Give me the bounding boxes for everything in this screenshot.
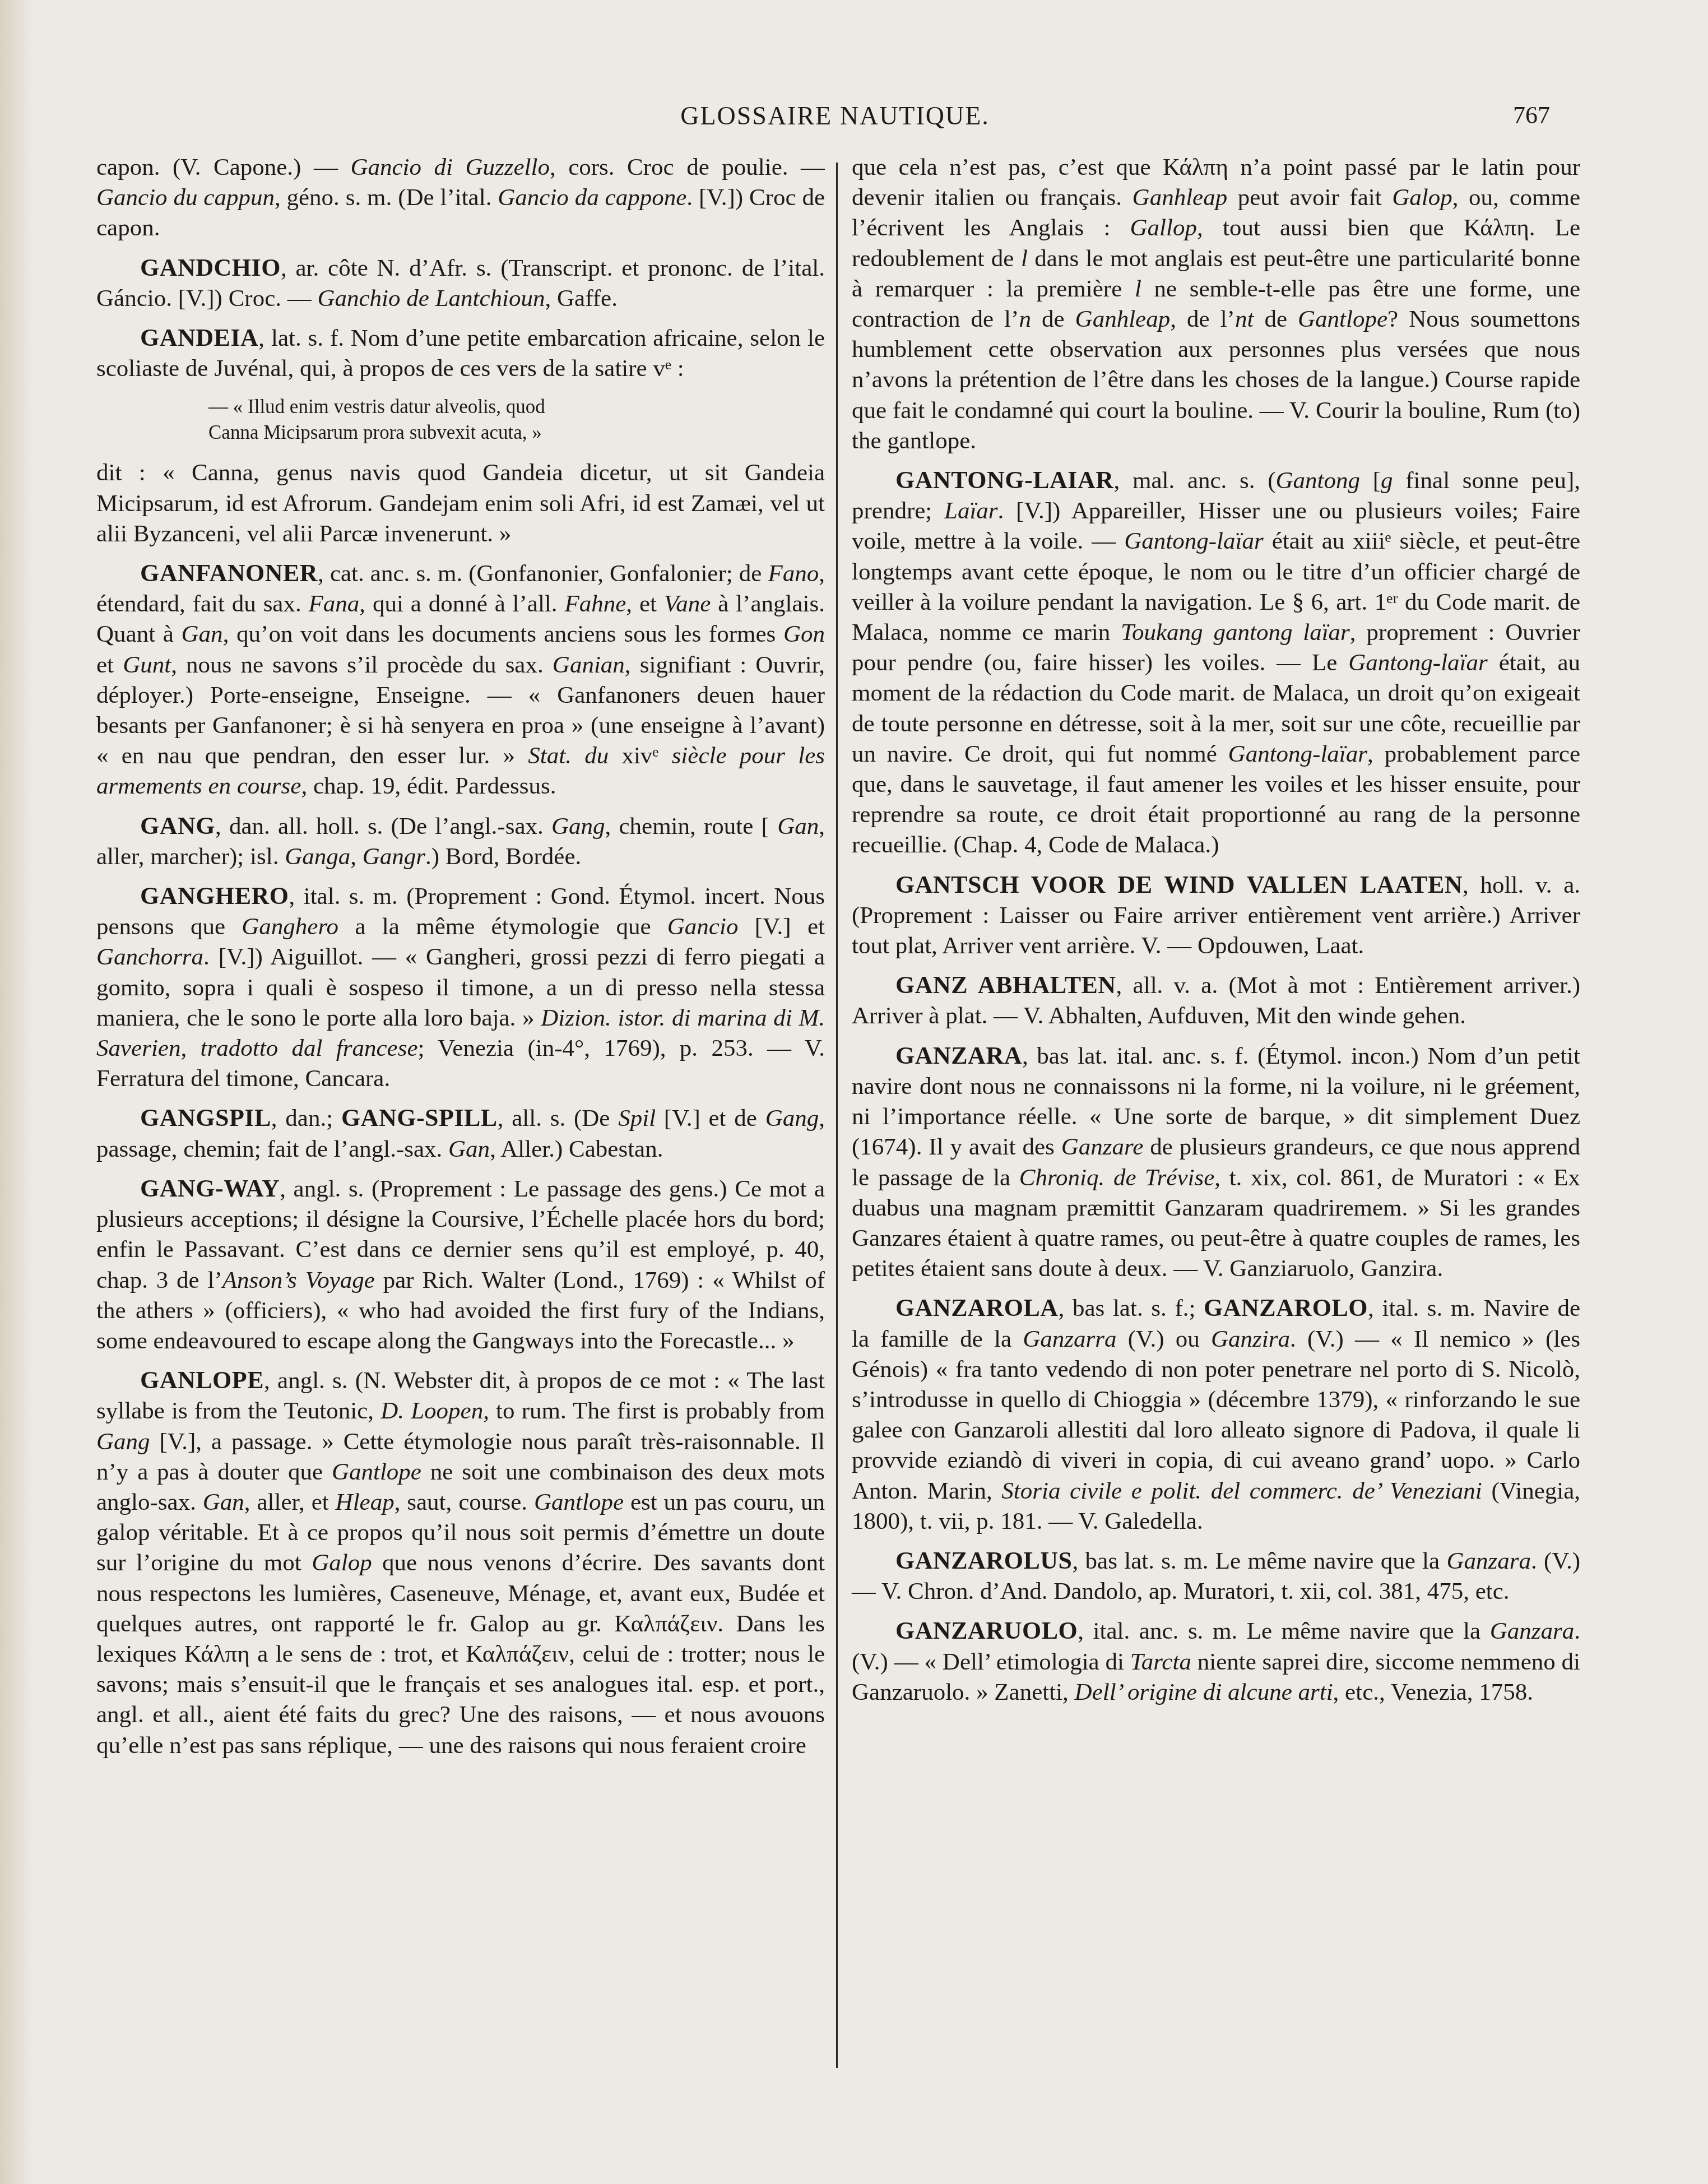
glossary-entry: GANFANONER, cat. anc. s. m. (Gonfanonier… [96,558,825,802]
italic-term: g [1381,467,1393,494]
italic-term: Galop [1392,184,1452,211]
entry-text: (V.) ou [1117,1326,1212,1352]
entry-text: .) Bord, Bordée. [425,843,581,870]
glossary-entry: GANDEIA, lat. s. f. Nom d’une petite emb… [96,323,825,384]
italic-term: Ganhleap [1133,184,1228,211]
glossary-entry: GANTSCH VOOR DE WIND VALLEN LAATEN, holl… [852,870,1580,962]
italic-term: Gon [783,621,825,647]
page-edge-shadow [0,0,34,2184]
italic-term: Fana [309,591,360,617]
italic-term: Gantong-laïar [1124,528,1263,554]
entry-headword: GANG-SPILL [341,1104,498,1132]
italic-term: Ganzare [1061,1134,1144,1160]
entry-text: , all. s. (De [498,1105,618,1132]
glossary-entry: GANZAROLUS, bas lat. s. m. Le même navir… [852,1546,1580,1607]
verse-line: — « Illud enim vestris datur alveolis, q… [208,394,825,420]
italic-term: Gang [96,1429,150,1455]
entry-continuation: que cela n’est pas, c’est que Κάλπη n’a … [852,152,1580,456]
entry-text: , bas lat. s. f.; [1059,1295,1204,1321]
entry-text: dit : « Canna, genus navis quod Gandeia … [96,460,825,546]
italic-term: Gancio du cappun [96,184,275,211]
entry-text: [V.] et [738,914,825,940]
page-number: 767 [1513,101,1550,129]
italic-term: D. Loopen [380,1398,483,1424]
entry-headword: GANZAROLO [1204,1294,1368,1321]
italic-term: Ganzara [1446,1548,1531,1574]
entry-text: , et [626,591,664,617]
entry-text: et [96,652,123,678]
italic-term: l [1021,245,1028,272]
glossary-entry: GANTONG-LAIAR, mal. anc. s. (Gantong [g … [852,465,1580,861]
entry-text: , chap. 19, édit. Pardessus. [301,773,556,799]
entry-text: , nous ne savons s’il procède du sax. [171,652,553,678]
italic-term: Laïar [944,498,998,524]
italic-term: Hleap [336,1489,394,1515]
italic-term: Gancio da cappone [498,184,686,211]
entry-text: , qui a donné à l’all. [359,591,564,617]
italic-term: Gan [182,621,223,647]
italic-term: Gantong-laïar [1348,650,1487,676]
italic-term: Gan [448,1136,490,1162]
verse-line: Canna Micipsarum prora subvexit acuta, » [208,420,825,446]
right-column: que cela n’est pas, c’est que Κάλπη n’a … [852,152,1580,1717]
italic-term: Ganchio de Lantchioun [317,285,545,312]
italic-term: Gantlope [332,1459,421,1485]
italic-term: Gantong [1276,467,1361,494]
glossary-entry: GANZARUOLO, ital. anc. s. m. Le même nav… [852,1616,1580,1708]
entry-text: , Aller.) Cabestan. [490,1136,663,1162]
italic-term: Ganghero [242,914,338,940]
entry-text: , dan. all. holl. s. (De l’angl.-sax. [215,813,551,840]
glossary-entry: GANZAROLA, bas lat. s. f.; GANZAROLO, it… [852,1293,1580,1537]
italic-term: n [1019,306,1031,332]
entry-continuation: capon. (V. Capone.) — Gancio di Guzzello… [96,152,825,244]
entry-text: , géno. s. m. (De l’ital. [275,184,498,211]
entry-headword: GANDEIA [140,324,258,351]
entry-headword: GANGHERO [140,882,289,910]
entry-text: , aller, et [244,1489,336,1515]
entry-text: , ital. anc. s. m. Le même navire que la [1078,1618,1489,1644]
entry-headword: GANZAROLA [895,1294,1059,1321]
entry-text: de [1254,306,1298,332]
italic-term: Ganhleap [1075,306,1171,332]
entry-text: xivᵉ [609,743,671,769]
italic-term: Gan [777,813,819,840]
column-rule [836,163,838,2068]
entry-headword: GANZ ABHALTEN [895,971,1116,999]
italic-term: Galop [312,1550,372,1576]
entry-text: [ [1360,467,1381,494]
entry-text: , chemin, route [ [605,813,778,840]
entry-text: capon. (V. Capone.) — [96,154,350,180]
entry-text: , qu’on voit dans les documents anciens … [223,621,783,647]
italic-term: Chroniq. de Trévise [1019,1165,1215,1191]
glossary-entry: GANZARA, bas lat. ital. anc. s. f. (Étym… [852,1041,1580,1285]
italic-term: Storia civile e polit. del commerc. de’ … [1001,1478,1482,1504]
italic-term: Gallop [1130,215,1197,241]
italic-term: Gancio di Guzzello [350,154,550,180]
entry-headword: GANZARA [895,1042,1022,1069]
italic-term: Ganga [285,843,350,870]
entry-headword: GANZARUOLO [895,1617,1078,1644]
italic-term: Gan [203,1489,244,1515]
italic-term: Gantong-laïar [1228,741,1367,767]
italic-term: Ganzarra [1023,1326,1116,1352]
entry-headword: GANZAROLUS [895,1547,1073,1574]
italic-term: Toukang gantong laïar [1121,619,1350,646]
verse-quote: — « Illud enim vestris datur alveolis, q… [208,394,825,446]
italic-term: nt [1235,306,1254,332]
italic-term: Fahne [564,591,626,617]
entry-headword: GANTONG-LAIAR [895,466,1114,494]
italic-term: l [1135,276,1141,302]
entry-text: , mal. anc. s. ( [1114,467,1276,494]
entry-text: de [1031,306,1075,332]
glossary-entry: GANGHERO, ital. s. m. (Proprement : Gond… [96,881,825,1094]
running-head: GLOSSAIRE NAUTIQUE. 767 [0,94,1708,139]
entry-headword: GANGSPIL [140,1104,271,1132]
entry-headword: GANLOPE [140,1366,264,1394]
entry-text: , bas lat. s. m. Le même navire que la [1073,1548,1447,1574]
entry-text: , etc., Venezia, 1758. [1333,1679,1533,1705]
entry-text: , to rum. The first is probably from [483,1398,825,1424]
entry-text: , [350,843,363,870]
running-title: GLOSSAIRE NAUTIQUE. [0,101,1670,131]
entry-headword: GANG [140,812,215,840]
entry-text: , saut, course. [394,1489,534,1515]
entry-text: [V.] et de [656,1105,765,1132]
entry-text: peut avoir fait [1227,184,1392,211]
glossary-entry: GANZ ABHALTEN, all. v. a. (Mot à mot : E… [852,970,1580,1031]
entry-headword: GANG-WAY [140,1175,280,1202]
left-column: capon. (V. Capone.) — Gancio di Guzzello… [96,152,825,1770]
entry-continuation: dit : « Canna, genus navis quod Gandeia … [96,458,825,549]
italic-term: Ganian [553,652,625,678]
italic-term: Gangr [363,843,425,870]
italic-term: Gunt [123,652,171,678]
italic-term: Anson’s Voyage [222,1267,375,1293]
italic-term: Gantlope [534,1489,624,1515]
glossary-entry: GANGSPIL, dan.; GANG-SPILL, all. s. (De … [96,1103,825,1164]
glossary-entry: GANLOPE, angl. s. (N. Webster dit, à pro… [96,1365,825,1761]
italic-term: Ganzira [1211,1326,1290,1352]
italic-term: Ganzara [1490,1618,1575,1644]
glossary-entry: GANG-WAY, angl. s. (Proprement : Le pass… [96,1174,825,1356]
entry-text: , Gaffe. [545,285,618,312]
entry-headword: GANTSCH VOOR DE WIND VALLEN LAATEN [895,871,1463,898]
italic-term: Gantlope [1298,306,1387,332]
entry-text: , dan.; [271,1105,341,1132]
entry-text: a la même étymologie que [338,914,667,940]
italic-term: Spil [618,1105,656,1132]
entry-headword: GANDCHIO [140,254,281,281]
entry-text: , cat. anc. s. m. (Gonfanonier, Gonfalon… [318,560,768,587]
entry-text: , de l’ [1170,306,1235,332]
glossary-entry: GANG, dan. all. holl. s. (De l’angl.-sax… [96,811,825,872]
italic-term: Tarcta [1130,1649,1191,1675]
entry-text: que nous venons d’écrire. Des savants do… [96,1550,825,1758]
italic-term: Ganchorra [96,944,203,970]
italic-term: Gang [551,813,605,840]
glossary-entry: GANDCHIO, ar. côte N. d’Afr. s. (Transcr… [96,253,825,314]
italic-term: Gancio [667,914,739,940]
italic-term: Stat. du [528,743,609,769]
italic-term: Fano [768,560,819,587]
entry-text: , cors. Croc de poulie. — [550,154,825,180]
italic-term: Dell’ origine di alcune arti [1075,1679,1333,1705]
entry-headword: GANFANONER [140,559,318,587]
italic-term: Gang [765,1105,819,1132]
italic-term: Vane [664,591,711,617]
